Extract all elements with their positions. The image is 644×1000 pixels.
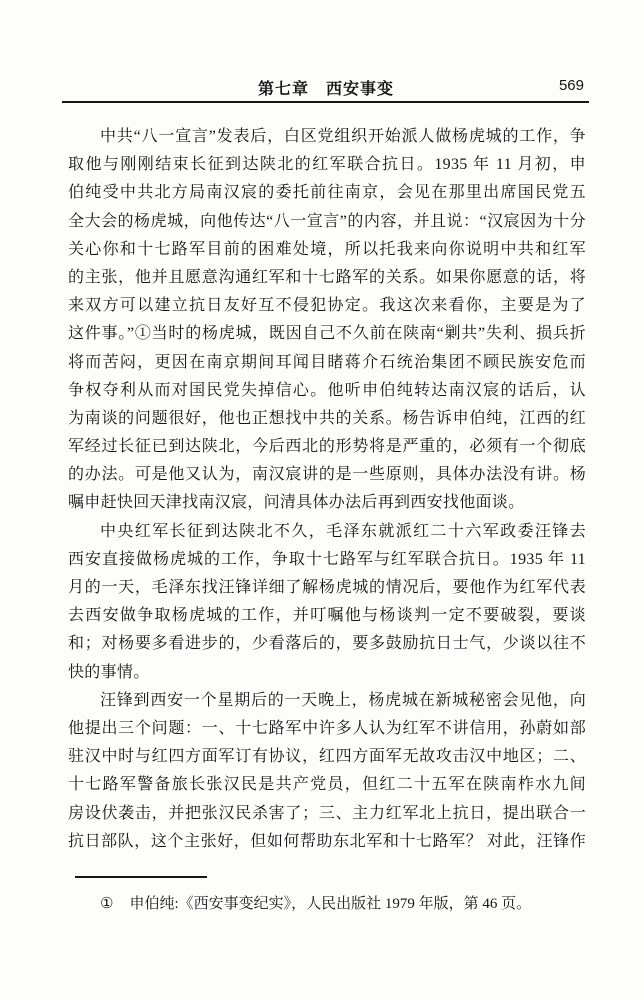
body-text-line: 他提出三个问题：一、十七路军中许多人认为红军不讲信用，孙蔚如部 [68,715,586,743]
footnote-separator [75,876,207,878]
body-text-line: 去西安做争取杨虎城的工作，并叮嘱他与杨谈判一定不要破裂，要谈 [68,602,586,630]
body-text-line: 中央红军长征到达陕北不久，毛泽东就派红二十六军政委汪锋去 [68,518,586,546]
body-text-line: 来双方可以建立抗日友好互不侵犯协定。我这次来看你，主要是为了 [68,292,586,320]
body-text-line: 的主张，他并且愿意沟通红军和十七路军的关系。如果你愿意的话，将 [68,264,586,292]
body-text-line: 快的事情。 [68,659,586,687]
body-text-line: 将而苦闷，更因在南京期间耳闻目睹蒋介石统治集团不顾民族安危而 [68,349,586,377]
body-text-line: 嘱申赶快回天津找南汉宸，问清具体办法后再到西安找他面谈。 [68,489,586,517]
body-text-line: 的办法。可是他又认为，南汉宸讲的是一些原则，具体办法没有讲。杨 [68,461,586,489]
footnote-marker: ① [100,892,113,916]
body-text-line: 为南谈的问题很好，他也正想找中共的关系。杨告诉申伯纯，江西的红 [68,405,586,433]
body-text-line: 取他与刚刚结束长征到达陕北的红军联合抗日。1935 年 11 月初，申 [68,151,586,179]
body-text-line: 这件事。”①当时的杨虎城，既因自己不久前在陕南“剿共”失利、损兵折 [68,320,586,348]
body-text-line: 抗日部队，这个主张好，但如何帮助东北军和十七路军？ 对此，汪锋作 [68,828,586,856]
body-text-line: 十七路军警备旅长张汉民是共产党员，但红二十五军在陕南柞水九间 [68,771,586,799]
body-text-line: 驻汉中时与红四方面军订有协议，红四方面军无故攻击汉中地区；二、 [68,743,586,771]
running-header: 第七章 西安事变 569 [66,76,586,98]
page-number: 569 [559,77,584,94]
chapter-title: 第七章 西安事变 [66,76,586,99]
body-text-line: 房设伏袭击，并把张汉民杀害了；三、主力红军北上抗日，提出联合一切 [68,800,586,828]
body-text-line: 中共“八一宣言”发表后，白区党组织开始派人做杨虎城的工作，争 [68,123,586,151]
footnote: ①申伯纯:《西安事变纪实》，人民出版社 1979 年版，第 46 页。 [100,892,588,916]
body-text-line: 月的一天，毛泽东找汪锋详细了解杨虎城的情况后，要他作为红军代表 [68,574,586,602]
footnote-text: 申伯纯:《西安事变纪实》，人民出版社 1979 年版，第 46 页。 [129,896,531,912]
header-rule [62,101,589,103]
book-page: 第七章 西安事变 569 中共“八一宣言”发表后，白区党组织开始派人做杨虎城的工… [0,0,644,1000]
body-text-line: 汪锋到西安一个星期后的一天晚上，杨虎城在新城秘密会见他，向 [68,687,586,715]
body-text-line: 关心你和十七路军目前的困难处境，所以托我来向你说明中共和红军 [68,236,586,264]
body-text-line: 伯纯受中共北方局南汉宸的委托前往南京，会见在那里出席国民党五 [68,179,586,207]
body-text-line: 全大会的杨虎城，向他传达“八一宣言”的内容，并且说：“汉宸因为十分 [68,208,586,236]
body-text-line: 西安直接做杨虎城的工作，争取十七路军与红军联合抗日。1935 年 11 [68,546,586,574]
body-text-line: 军经过长征已到达陕北，今后西北的形势将是严重的，必须有一个彻底 [68,433,586,461]
body-text-line: 和；对杨要多看进步的，少看落后的，要多鼓励抗日士气，少谈以往不愉 [68,630,586,658]
body-text-line: 争权夺利从而对国民党失掉信心。他听申伯纯转达南汉宸的话后，认 [68,377,586,405]
body-text: 中共“八一宣言”发表后，白区党组织开始派人做杨虎城的工作，争取他与刚刚结束长征到… [68,123,586,856]
